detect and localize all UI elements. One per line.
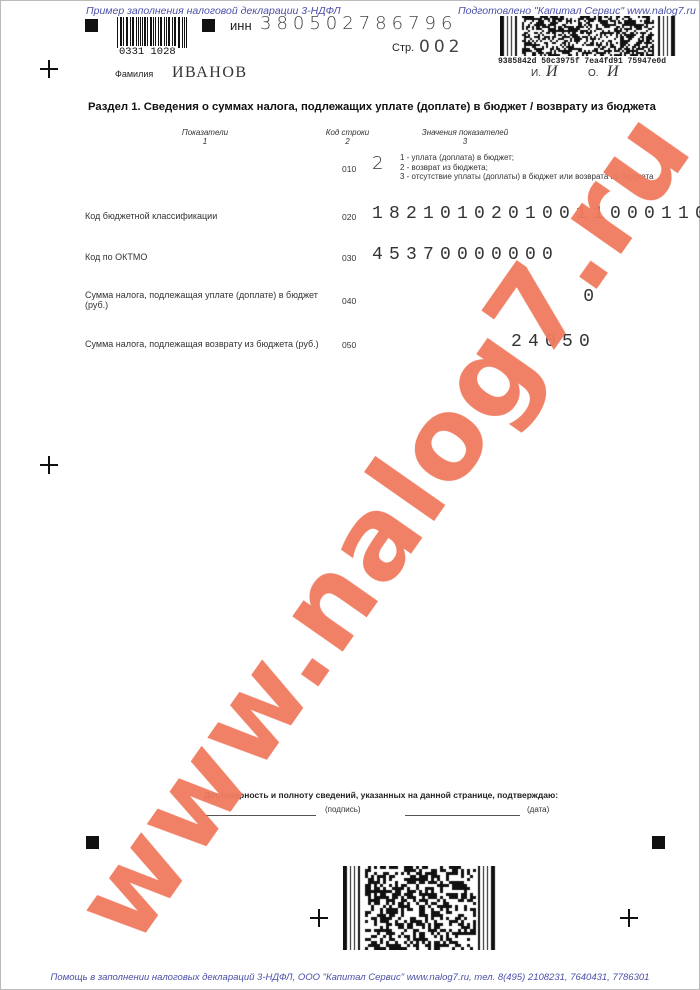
date-line <box>405 815 520 816</box>
footer-note: Помощь в заполнении налоговых деклараций… <box>0 972 700 983</box>
oktmo-value: 45370000000 <box>372 245 559 265</box>
crosshair-marker <box>620 909 638 927</box>
crosshair-marker <box>40 60 58 78</box>
row-label-kbk: Код бюджетной классификации <box>85 211 217 221</box>
kbk-value: 18210102010011000110 <box>372 204 700 224</box>
column-header-indicators: Показатели1 <box>150 128 260 146</box>
signature-label: (подпись) <box>325 805 361 814</box>
section-title: Раздел 1. Сведения о суммах налога, подл… <box>88 101 656 113</box>
row-label-tax-refund: Сумма налога, подлежащая возврату из бюд… <box>85 339 319 349</box>
barcode <box>117 17 189 48</box>
initial-patronymic-label: О. <box>588 68 599 79</box>
tax-payable-value: 0 <box>420 287 594 307</box>
barcode-hash: 9385842d 50c3975f 7ea4fd91 75947e0d <box>498 57 666 66</box>
line-code-030: 030 <box>342 253 356 263</box>
payment-type-value: 2 <box>372 153 383 174</box>
initial-patronymic-value: И <box>607 63 619 81</box>
alignment-marker <box>202 19 215 32</box>
inn-label: ИНН <box>230 18 252 33</box>
column-header-values: Значения показателей3 <box>405 128 525 146</box>
initial-name-label: И. <box>531 68 541 79</box>
line-code-040: 040 <box>342 296 356 306</box>
confirmation-text: Достоверность и полноту сведений, указан… <box>204 790 558 800</box>
alignment-marker <box>86 836 99 849</box>
page-label: Стр. <box>392 42 414 54</box>
signature-line <box>203 815 316 816</box>
line-code-020: 020 <box>342 212 356 222</box>
payment-type-options: 1 - уплата (доплата) в бюджет; 2 - возвр… <box>400 153 654 182</box>
crosshair-marker <box>40 456 58 474</box>
surname-value: ИВАНОВ <box>172 64 248 82</box>
option-1: 1 - уплата (доплата) в бюджет; <box>400 153 654 163</box>
option-2: 2 - возврат из бюджета; <box>400 163 654 173</box>
crosshair-marker <box>310 909 328 927</box>
page-value: 002 <box>419 37 463 57</box>
pdf417-barcode-top <box>500 16 676 56</box>
line-code-010: 010 <box>342 164 356 174</box>
barcode-number: 0331 1028 <box>118 46 177 58</box>
inn-value: 380502786796 <box>260 13 457 34</box>
pdf417-barcode-bottom <box>343 866 496 950</box>
column-header-line-code: Код строки2 <box>300 128 395 146</box>
initial-name-value: И <box>546 63 558 81</box>
surname-label: Фамилия <box>115 69 153 79</box>
line-code-050: 050 <box>342 340 356 350</box>
date-label: (дата) <box>527 805 549 814</box>
page-frame <box>0 0 700 990</box>
alignment-marker <box>652 836 665 849</box>
row-label-tax-payable: Сумма налога, подлежащая уплате (доплате… <box>85 290 330 310</box>
option-3: 3 - отсутствие уплаты (доплаты) в бюджет… <box>400 172 654 182</box>
tax-refund-value: 24050 <box>420 332 596 352</box>
alignment-marker <box>85 19 98 32</box>
row-label-oktmo: Код по ОКТМО <box>85 252 147 262</box>
